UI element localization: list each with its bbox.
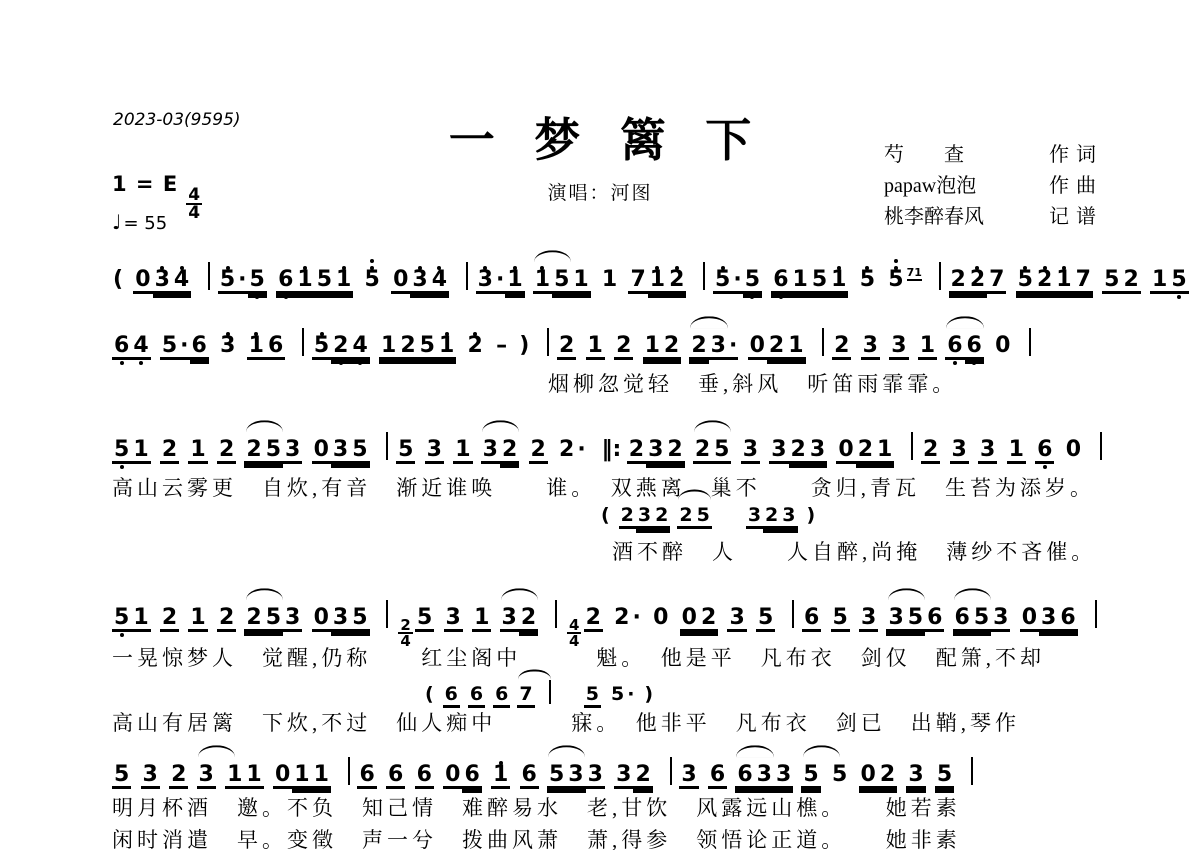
note-group: ) (518, 334, 530, 358)
note: 5 (906, 606, 925, 630)
note-group: 356 (886, 606, 944, 630)
sheet-music-page: 2023-03(9595) 一 梦 篱 下 演唱：河图 芍 查 作词 papaw… (0, 0, 1200, 850)
note-digit: 3 (588, 763, 603, 787)
note-digit: 6 (464, 763, 479, 787)
credit-transcriber: 桃李醉春风 记谱 (884, 202, 1096, 233)
note: 2 (217, 438, 236, 462)
note-digit: 1 (588, 334, 603, 358)
note-group: 2 (921, 438, 940, 462)
note: 1 (472, 606, 491, 630)
note: 2 (217, 606, 236, 630)
note-group: ) (643, 684, 654, 705)
note-digit: 1 (788, 334, 803, 358)
note: 2 (693, 438, 712, 462)
note: 6 (112, 334, 131, 358)
note-group: 034 (133, 268, 191, 292)
note-group: 036 (1020, 606, 1078, 630)
note-digit: 2 (621, 505, 634, 526)
note: 3 (141, 763, 160, 787)
note-digit: 3 (478, 268, 493, 292)
note-digit: 6 (114, 334, 129, 358)
note: 1 (571, 268, 590, 292)
note-group: 011 (273, 763, 331, 787)
note-digit: 1 (190, 606, 205, 630)
note-group: 11 (225, 763, 264, 787)
barline (822, 328, 824, 356)
note-digit: 5 (220, 268, 235, 292)
note-digit: 5 (974, 606, 989, 630)
octave-dots-above (483, 266, 487, 270)
note-group: 3 (978, 438, 997, 462)
note: 5 (547, 763, 566, 787)
note-digit: 2 (951, 268, 966, 292)
note-digit: 1 (877, 438, 892, 462)
note-digit: 3 (483, 438, 498, 462)
note: 1 (918, 334, 937, 358)
barline (670, 757, 672, 785)
note: 2 (677, 505, 694, 526)
octave-dot (953, 361, 957, 365)
note-digit: 3 (771, 438, 786, 462)
note-digit: 4 (432, 268, 447, 292)
note-digit: 5 (266, 438, 281, 462)
note-group: 3 (950, 438, 969, 462)
note-group: 524 (312, 334, 370, 358)
octave-dot (1062, 266, 1066, 270)
note: 7 (987, 268, 1006, 292)
note: 1 (491, 763, 510, 787)
note-group: 2 (584, 606, 603, 630)
octave-dots-below (120, 633, 124, 637)
augmentation-dot: · (732, 268, 742, 292)
note-digit: 1 (381, 334, 396, 358)
note: 3 (808, 438, 827, 462)
note: 0 (133, 268, 152, 292)
note: 5 (935, 763, 954, 787)
octave-dots-below (339, 361, 343, 365)
note: 4 (350, 334, 369, 358)
barline (1100, 432, 1102, 460)
note-group: 323 (746, 505, 798, 526)
octave-dots-below (750, 295, 754, 299)
note-digit: 0 (135, 268, 150, 292)
octave-dots-above (226, 332, 230, 336)
note-group: 02 (859, 763, 898, 787)
note-digit: 1 (793, 268, 808, 292)
note-digit: 6 (927, 606, 942, 630)
barline (466, 262, 468, 290)
note: 2 (1035, 268, 1054, 292)
augmentation-dot: · (576, 438, 586, 462)
note-digit: 1 (246, 763, 261, 787)
note-digit: 2 (695, 438, 710, 462)
note: 0 (391, 268, 410, 292)
note-digit: 1 (1152, 268, 1167, 292)
note-digit: 3 (143, 763, 158, 787)
note-digit: 3 (891, 334, 906, 358)
note-digit: 5 (1104, 268, 1119, 292)
note: 2 (614, 334, 633, 358)
note-digit: 2 (635, 763, 650, 787)
note: 6 (386, 763, 405, 787)
note-group: 1 (188, 606, 207, 630)
note-digit: 0 (275, 763, 290, 787)
note-group: 5217 (1016, 268, 1093, 292)
barline (547, 328, 549, 356)
note: 2 (500, 438, 519, 462)
slur-arc (946, 316, 983, 328)
time-signature: 44 (186, 187, 202, 221)
note: 1 (1054, 268, 1073, 292)
note-digit: 3 (952, 438, 967, 462)
note-group: 2 (614, 334, 633, 358)
note: 1 (875, 438, 894, 462)
note-digit: 2 (468, 334, 483, 358)
note-digit: 0 (314, 606, 329, 630)
barline (555, 600, 557, 628)
note-digit: 6 (417, 763, 432, 787)
note-digit: 3 (782, 505, 795, 526)
note-digit: 2 (858, 438, 873, 462)
note: 5 (1016, 268, 1035, 292)
note-digit: 3 (616, 763, 631, 787)
lyric-row-12: 明月杯酒 邀。不负 知己情 难醉易水 老,甘饮 风露远山樵。 她若素 (112, 792, 961, 822)
octave-dot (499, 761, 503, 765)
barline (208, 262, 210, 290)
note: 3 (425, 438, 444, 462)
octave-dots-above (499, 761, 503, 765)
octave-dot (370, 259, 374, 263)
note-digit: 2 (246, 438, 261, 462)
note-digit: 2 (834, 334, 849, 358)
note-digit: 2 (246, 606, 261, 630)
quarter-note-icon: ♩ (112, 210, 121, 234)
note-digit: 1 (831, 268, 846, 292)
note-group: 16 (247, 334, 286, 358)
note-digit: 5 (714, 438, 729, 462)
note: 2 (398, 334, 417, 358)
barline (1095, 600, 1097, 628)
note: 1 (600, 268, 619, 292)
note: 5 (713, 268, 732, 292)
octave-dot (721, 266, 725, 270)
note-digit: 2 (923, 438, 938, 462)
note: 0 (273, 763, 292, 787)
note-digit: 5 (549, 763, 564, 787)
note-group: 3·1 (476, 268, 525, 292)
note-group: 51 (112, 606, 151, 630)
notation-symbol: ) (518, 334, 530, 358)
note-digit: 2 (219, 438, 234, 462)
octave-dot (894, 259, 898, 263)
octave-dots-above (473, 332, 477, 336)
octave-dot (160, 266, 164, 270)
slur-arc (736, 745, 773, 757)
note: 1 (292, 763, 311, 787)
lyric-row-8: 一晃惊梦人 觉醒,仍称 红尘阁中 魁。 他是平 凡布衣 剑仅 配箫,不却 (112, 642, 1045, 672)
notes-row-9: (666755·) (424, 680, 662, 705)
note: 0 (1020, 606, 1039, 630)
octave-dot (139, 361, 143, 365)
note-digit: 5 (812, 268, 827, 292)
note-digit: 0 (393, 268, 408, 292)
note-digit: 3 (155, 268, 170, 292)
note-group: 3 (727, 606, 746, 630)
note-group: 3 (141, 763, 160, 787)
note-group: 1 (472, 606, 491, 630)
note-digit: 1 (133, 606, 148, 630)
slur-arc (198, 745, 235, 757)
note-digit: 2 (531, 438, 546, 462)
note-digit: 6 (710, 763, 725, 787)
note: 6 (925, 606, 944, 630)
note: 6 (965, 334, 984, 358)
note: 2 (584, 606, 603, 630)
note-digit: 5 (352, 438, 367, 462)
note: 0 (443, 763, 462, 787)
note-group: 1 (453, 438, 472, 462)
note-group: 232 (627, 438, 685, 462)
note-digit: 3 (220, 334, 235, 358)
note: 3 (481, 438, 500, 462)
note: 2 (949, 268, 968, 292)
note-digit: 6 (388, 763, 403, 787)
note-digit: 2 (765, 505, 778, 526)
note-group: 2 (832, 334, 851, 358)
notation-symbol: ) (643, 684, 654, 705)
note-digit: 2 (559, 334, 574, 358)
note-digit: 6 (522, 763, 537, 787)
barline (386, 600, 388, 628)
octave-dots-above (655, 266, 659, 270)
note-group: 2· (612, 606, 642, 630)
note-group: 2 (557, 334, 576, 358)
note-digit: 5 (417, 606, 432, 630)
note-group: 25 (677, 505, 711, 526)
notes-row-3: 512122530355313222·‖:232253323021233160 (112, 432, 1110, 461)
octave-dots-below (972, 361, 976, 365)
note-digit: 5 (114, 606, 129, 630)
octave-dots-below (139, 361, 143, 365)
credit-lyricist: 芍 查 作词 (884, 140, 1096, 171)
note: 3 (283, 438, 302, 462)
note: 2 (789, 438, 808, 462)
octave-dots-above (160, 266, 164, 270)
note: 4 (131, 334, 150, 358)
transcriber-role: 记谱 (1049, 202, 1103, 233)
octave-dots-above (1062, 266, 1066, 270)
note-digit: 3 (810, 438, 825, 462)
note: 1 (791, 268, 810, 292)
octave-dot (358, 361, 362, 365)
note-digit: 2 (1037, 268, 1052, 292)
lyric-row-10: 高山有居篱 下炊,不过 仙人痴中 寐。 他非平 凡布衣 剑已 出鞘,琴作 (112, 707, 1020, 737)
note: 5 (264, 606, 283, 630)
barline (939, 262, 941, 290)
octave-dots-below (1177, 295, 1181, 299)
note: 0 (859, 763, 878, 787)
note: 1 (533, 268, 552, 292)
octave-dots-above (865, 266, 869, 270)
note-group: 2· (557, 438, 587, 462)
note-digit: 2 (769, 334, 784, 358)
note: 2 (169, 763, 188, 787)
note: 5 (552, 268, 571, 292)
note-group: 6 (493, 684, 510, 705)
note: 2 (767, 334, 786, 358)
note: 5 (810, 268, 829, 292)
note-group: 1 (586, 334, 605, 358)
note-group: ( (600, 505, 611, 526)
note: 1 (1007, 438, 1026, 462)
slur-arc (694, 420, 731, 432)
note: 5 (415, 606, 434, 630)
note-digit: 3 (757, 763, 772, 787)
octave-dots-below (120, 361, 124, 365)
note-digit: 3 (427, 438, 442, 462)
octave-dot (1023, 266, 1027, 270)
octave-dot (975, 266, 979, 270)
note: 3 (755, 763, 774, 787)
note-group: 5 (415, 606, 434, 630)
barline (549, 680, 551, 704)
note: 0 (651, 606, 670, 630)
note: 3 (636, 505, 653, 526)
note: 0 (312, 606, 331, 630)
note-group: 25 (693, 438, 732, 462)
note: 3 (444, 606, 463, 630)
notes-row-7: 5121225303524531324422·00235653356653036 (112, 600, 1104, 648)
lyric-row-4: 高山云雾更 自炊,有音 渐近谁唤 谁。 双燕离 巢不 贪归,青瓦 生苔为添岁。 (112, 472, 1095, 502)
note: 3 (283, 606, 302, 630)
note: 6 (735, 763, 754, 787)
note-digit: 0 (838, 438, 853, 462)
note-group: 5·6 (160, 334, 209, 358)
note: 1 (131, 606, 150, 630)
note-group: 0 (1064, 438, 1083, 462)
note: 2 (627, 438, 646, 462)
note: 1 (505, 268, 524, 292)
note: 5 (830, 763, 849, 787)
notes-row-1: 645·631652412512–)2121223·0212331660 (112, 328, 1039, 357)
note: 5 (584, 684, 601, 705)
octave-dot (120, 633, 124, 637)
note-digit: 6 (495, 684, 508, 705)
slur-arc (803, 745, 840, 757)
octave-dot (342, 266, 346, 270)
note: 3 (500, 606, 519, 630)
note: 1 (786, 334, 805, 358)
note: 3 (859, 606, 878, 630)
note-digit: 6 (470, 684, 483, 705)
note-digit: 2 (664, 334, 679, 358)
notes-row-11: 53231101166606165333236633550235 (112, 757, 981, 786)
note: 2 (667, 268, 686, 292)
note: 3 (991, 606, 1010, 630)
note-digit: 5 (937, 763, 952, 787)
note-digit: 3 (711, 334, 726, 358)
note-group: 5 (858, 268, 877, 292)
note: 6 (357, 763, 376, 787)
note-group: 06 (443, 763, 482, 787)
octave-dot (483, 266, 487, 270)
octave-dots-above (837, 266, 841, 270)
note-group: 5· (609, 684, 635, 705)
note-digit: 6 (1037, 438, 1052, 462)
key-label: 1 = E (112, 172, 178, 196)
note: 1 (1150, 268, 1169, 292)
note-group: 7 (517, 684, 534, 705)
note: 6 (1035, 438, 1054, 462)
note: 5 (315, 268, 334, 292)
lyric-row-6: 酒不醉 人 人自醉,尚掩 薄纱不吝催。 (612, 536, 1096, 566)
note-digit: 1 (227, 763, 242, 787)
note-group: 6 (520, 763, 539, 787)
note-group: 035 (312, 438, 370, 462)
note-group: 2 (466, 334, 485, 358)
note: 5 (112, 606, 131, 630)
note-digit: 5 (1018, 268, 1033, 292)
note: 1 (295, 268, 314, 292)
note-digit: 3 (743, 438, 758, 462)
note-digit: 1 (602, 268, 617, 292)
octave-dots-above (180, 266, 184, 270)
octave-dots-below (779, 295, 783, 299)
note-digit: 6 (967, 334, 982, 358)
slur-arc (954, 588, 991, 600)
note: 7 (628, 268, 647, 292)
note-group: 3 (861, 334, 880, 358)
note: 3 (566, 763, 585, 787)
note-digit: 3 (980, 438, 995, 462)
octave-dot (370, 266, 374, 270)
note-digit: 6 (445, 684, 458, 705)
note: 3 (1039, 606, 1058, 630)
octave-dot (750, 295, 754, 299)
note-digit: 1 (573, 268, 588, 292)
note-group: 32 (481, 438, 520, 462)
augmentation-dot: · (179, 334, 189, 358)
octave-dots-above (437, 266, 441, 270)
note-group: 6 (1035, 438, 1054, 462)
composer-role: 作曲 (1049, 171, 1103, 202)
note: 0 (312, 438, 331, 462)
note-digit: 2 (629, 438, 644, 462)
note-digit: 5 (832, 763, 847, 787)
octave-dot (254, 332, 258, 336)
note-group: 5 (396, 438, 415, 462)
note-digit: 1 (1056, 268, 1071, 292)
note: 6 (708, 763, 727, 787)
note: 6 (190, 334, 209, 358)
note: 3 (906, 763, 925, 787)
note-group: 6 (708, 763, 727, 787)
note-digit: 5 (554, 268, 569, 292)
octave-dot (445, 332, 449, 336)
note: 5 (1169, 268, 1188, 292)
note: 1 (437, 334, 456, 358)
note: 6 (493, 684, 510, 705)
note: 5 (886, 268, 905, 292)
note: 3 (769, 438, 788, 462)
slur-arc (246, 420, 283, 432)
note-digit: 6 (804, 606, 819, 630)
note-digit: 6 (737, 763, 752, 787)
note-digit: – (496, 334, 507, 358)
note: 1 (453, 438, 472, 462)
octave-dots-above (1023, 266, 1027, 270)
octave-dots-below (255, 295, 259, 299)
